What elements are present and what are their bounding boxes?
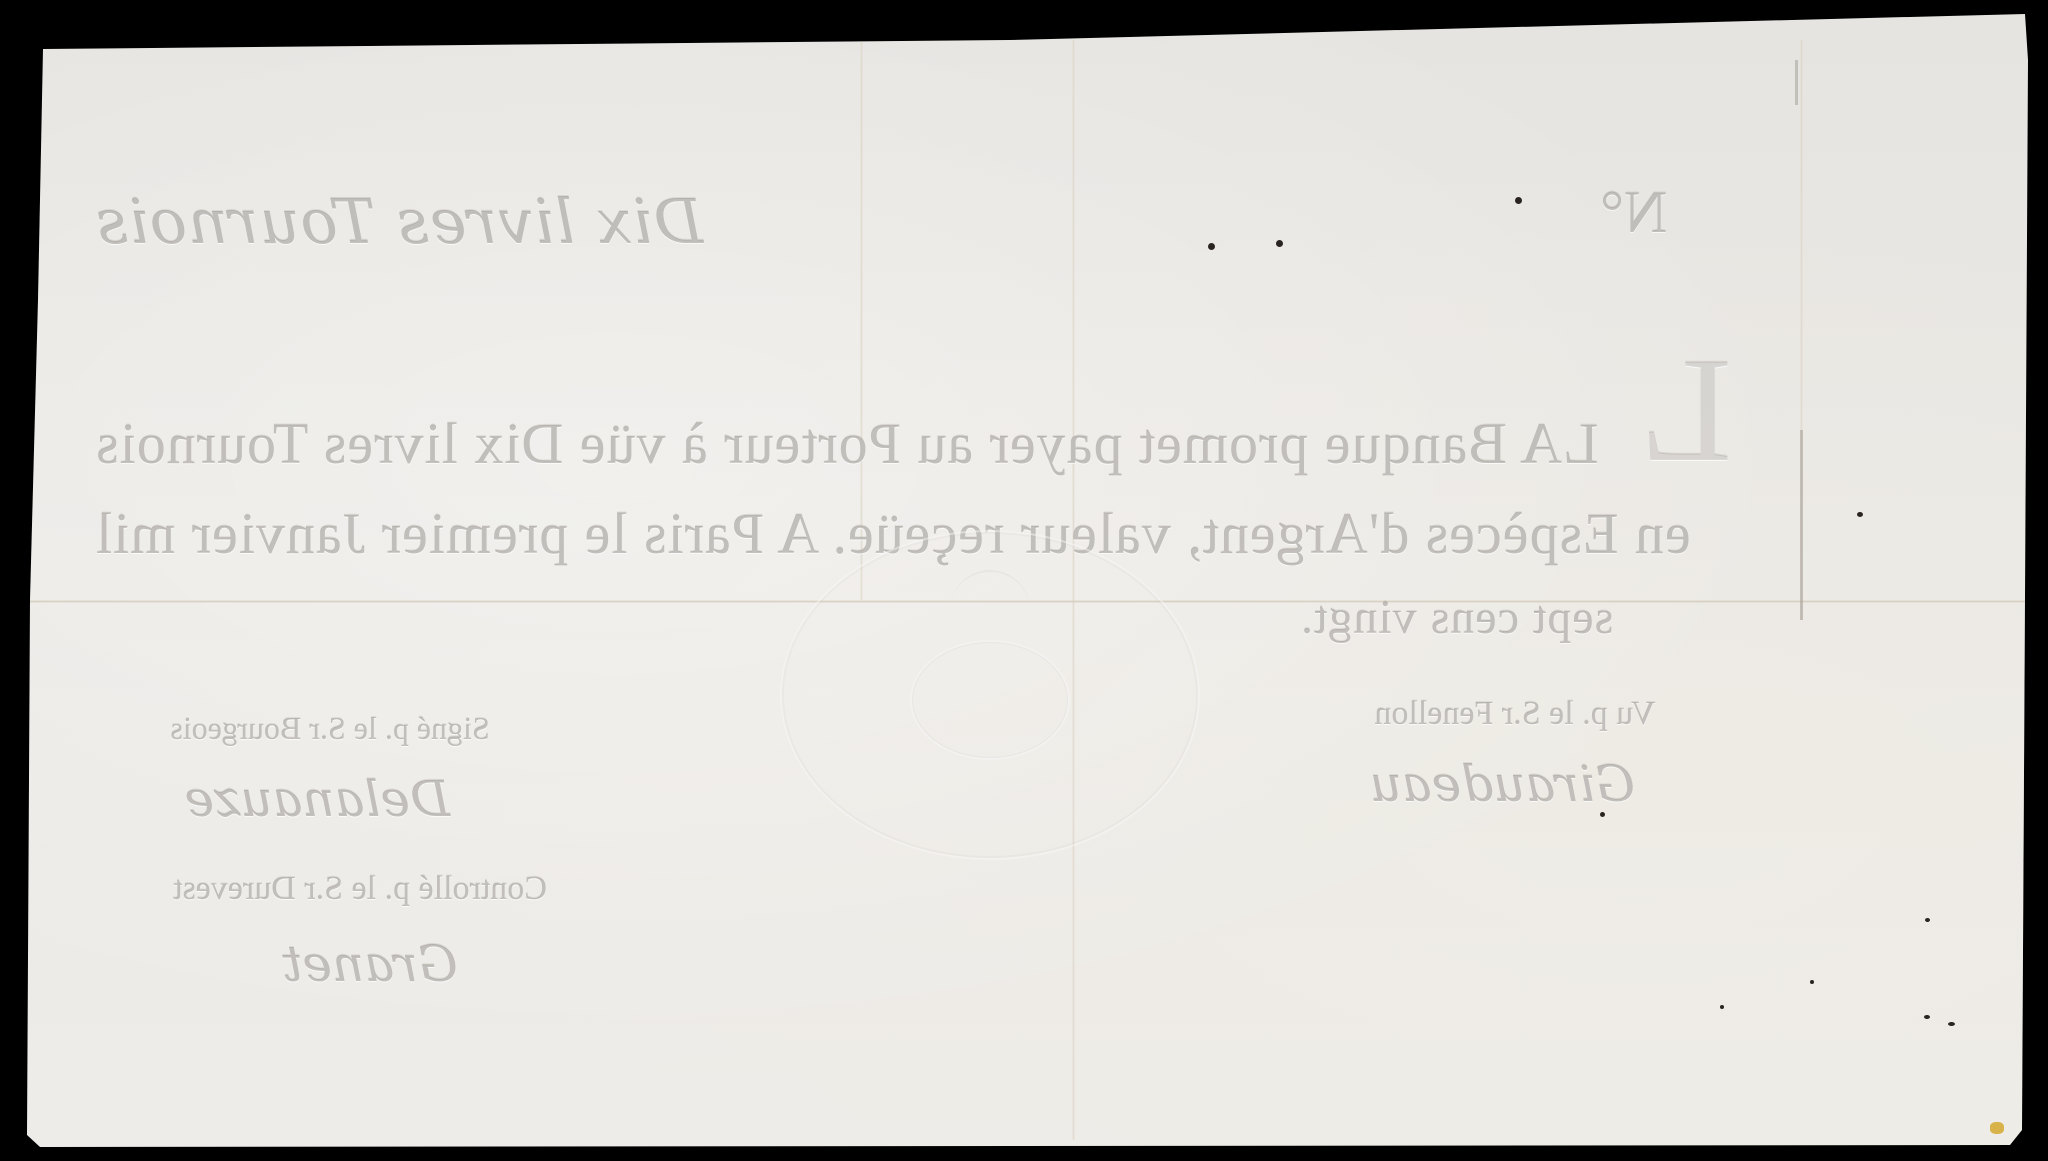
- body-line-3: sept cens vingt.: [1300, 590, 1613, 645]
- pinhole-mark: [1810, 980, 1814, 984]
- pinhole-mark: [1276, 240, 1283, 247]
- body-line-1: LA Banque promet payer au Porteur à vüe …: [95, 410, 1599, 477]
- seal-center-emboss: [910, 640, 1070, 760]
- signature-label-left-top: Signé p. le S.r Bourgeois: [105, 710, 555, 747]
- signature-name-left-bottom: Granet: [270, 935, 470, 993]
- pinhole-mark: [1720, 1005, 1724, 1009]
- pinhole-mark: [1948, 1022, 1955, 1026]
- denomination-heading: Dix livres Tournois: [95, 185, 703, 258]
- pinhole-mark: [1924, 1015, 1930, 1019]
- pinhole-mark: [1515, 197, 1522, 204]
- pinhole-mark: [1600, 812, 1605, 817]
- ink-mark: [1800, 430, 1803, 620]
- signature-label-left-bottom: Controllé p. le S.r Durevest: [110, 870, 610, 908]
- signature-name-left-top: Delanauze: [200, 770, 450, 828]
- signature-name-right: Giraudeau: [1385, 755, 1635, 813]
- document-stage: Dix livres Tournois N° L LA Banque prome…: [0, 0, 2048, 1161]
- pinhole-mark: [1925, 918, 1930, 922]
- number-label: N°: [1600, 178, 1667, 247]
- pinhole-mark: [1208, 243, 1215, 250]
- pinhole-mark: [1857, 512, 1863, 517]
- banknote-paper: Dix livres Tournois N° L LA Banque prome…: [0, 0, 2048, 1161]
- big-initial: L: [1640, 335, 1732, 485]
- signature-label-right: Vu p. le S.r Fenellon: [1320, 695, 1710, 733]
- paper-stain: [1990, 1122, 2004, 1134]
- embossed-seal: [780, 530, 1200, 860]
- crown-emboss-icon: [950, 570, 1030, 622]
- ink-mark: [1795, 60, 1798, 105]
